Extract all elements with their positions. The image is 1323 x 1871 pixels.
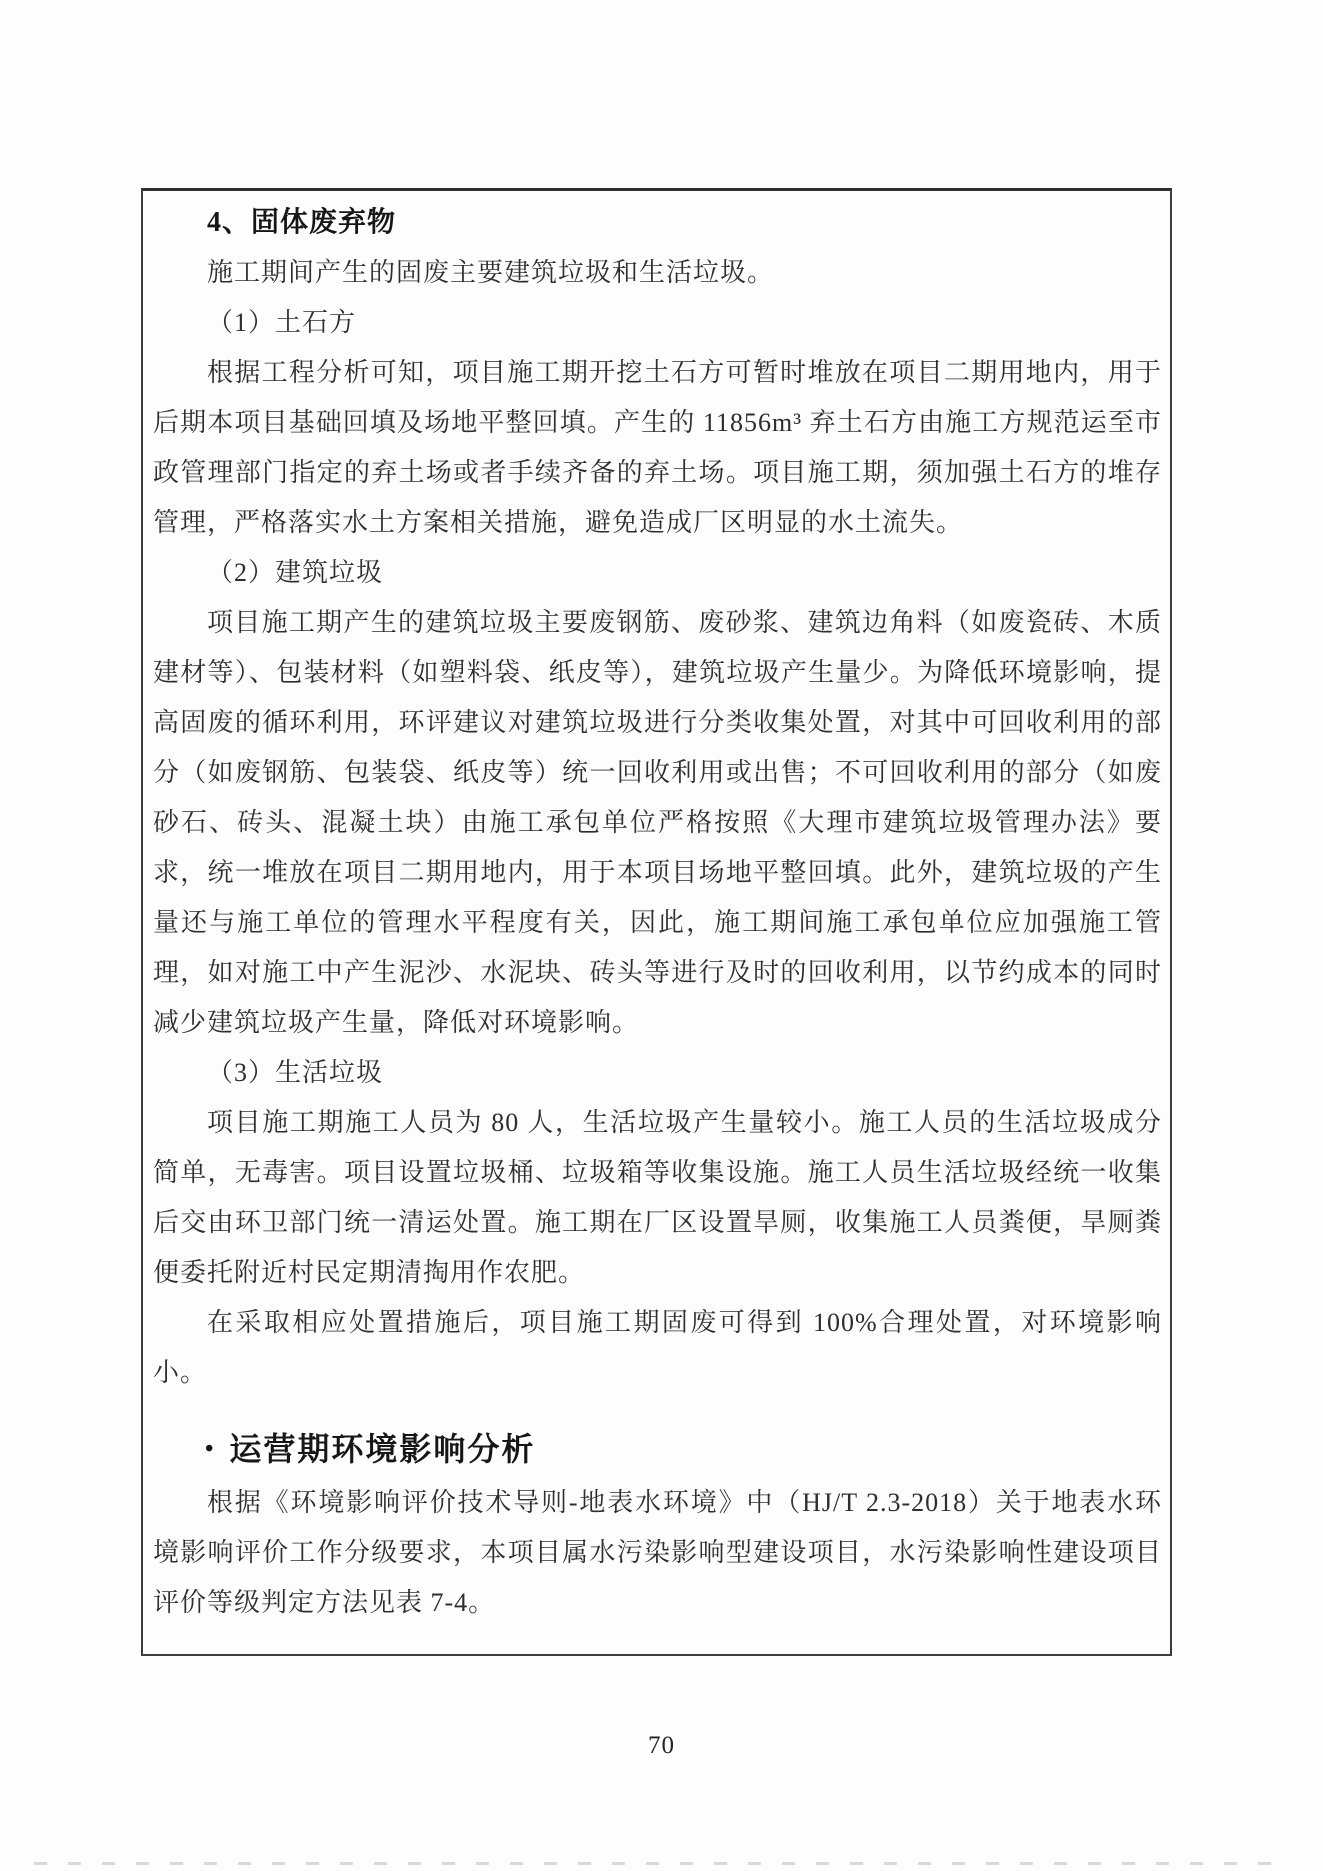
page-number: 70 [648, 1732, 675, 1759]
sub-heading: （1）土石方 [153, 298, 1162, 348]
paragraph: 根据工程分析可知，项目施工期开挖土石方可暂时堆放在项目二期用地内，用于后期本项目… [153, 348, 1162, 548]
paragraph: 在采取相应处置措施后，项目施工期固废可得到 100%合理处置，对环境影响小。 [153, 1298, 1162, 1398]
section-heading: 4、固体废弃物 [153, 198, 1162, 248]
bullet-icon: • [205, 1436, 213, 1462]
paragraph: 项目施工期产生的建筑垃圾主要废钢筋、废砂浆、建筑边角料（如废瓷砖、木质建材等）、… [153, 598, 1162, 1048]
document-page: 4、固体废弃物施工期间产生的固废主要建筑垃圾和生活垃圾。（1）土石方根据工程分析… [0, 0, 1323, 1871]
paragraph: 项目施工期施工人员为 80 人，生活垃圾产生量较小。施工人员的生活垃圾成分简单，… [153, 1098, 1162, 1298]
chapter-heading: •运营期环境影响分析 [153, 1422, 1162, 1476]
content-box: 4、固体废弃物施工期间产生的固废主要建筑垃圾和生活垃圾。（1）土石方根据工程分析… [141, 188, 1172, 1656]
chapter-heading-label: 运营期环境影响分析 [229, 1431, 535, 1467]
sub-heading: （3）生活垃圾 [153, 1048, 1162, 1098]
sub-heading: （2）建筑垃圾 [153, 548, 1162, 598]
paragraph: 施工期间产生的固废主要建筑垃圾和生活垃圾。 [153, 248, 1162, 298]
page-footer: 70 [0, 1732, 1323, 1760]
paragraph: 根据《环境影响评价技术导则-地表水环境》中（HJ/T 2.3-2018）关于地表… [153, 1478, 1162, 1628]
scan-artifact-line [34, 1862, 1292, 1865]
